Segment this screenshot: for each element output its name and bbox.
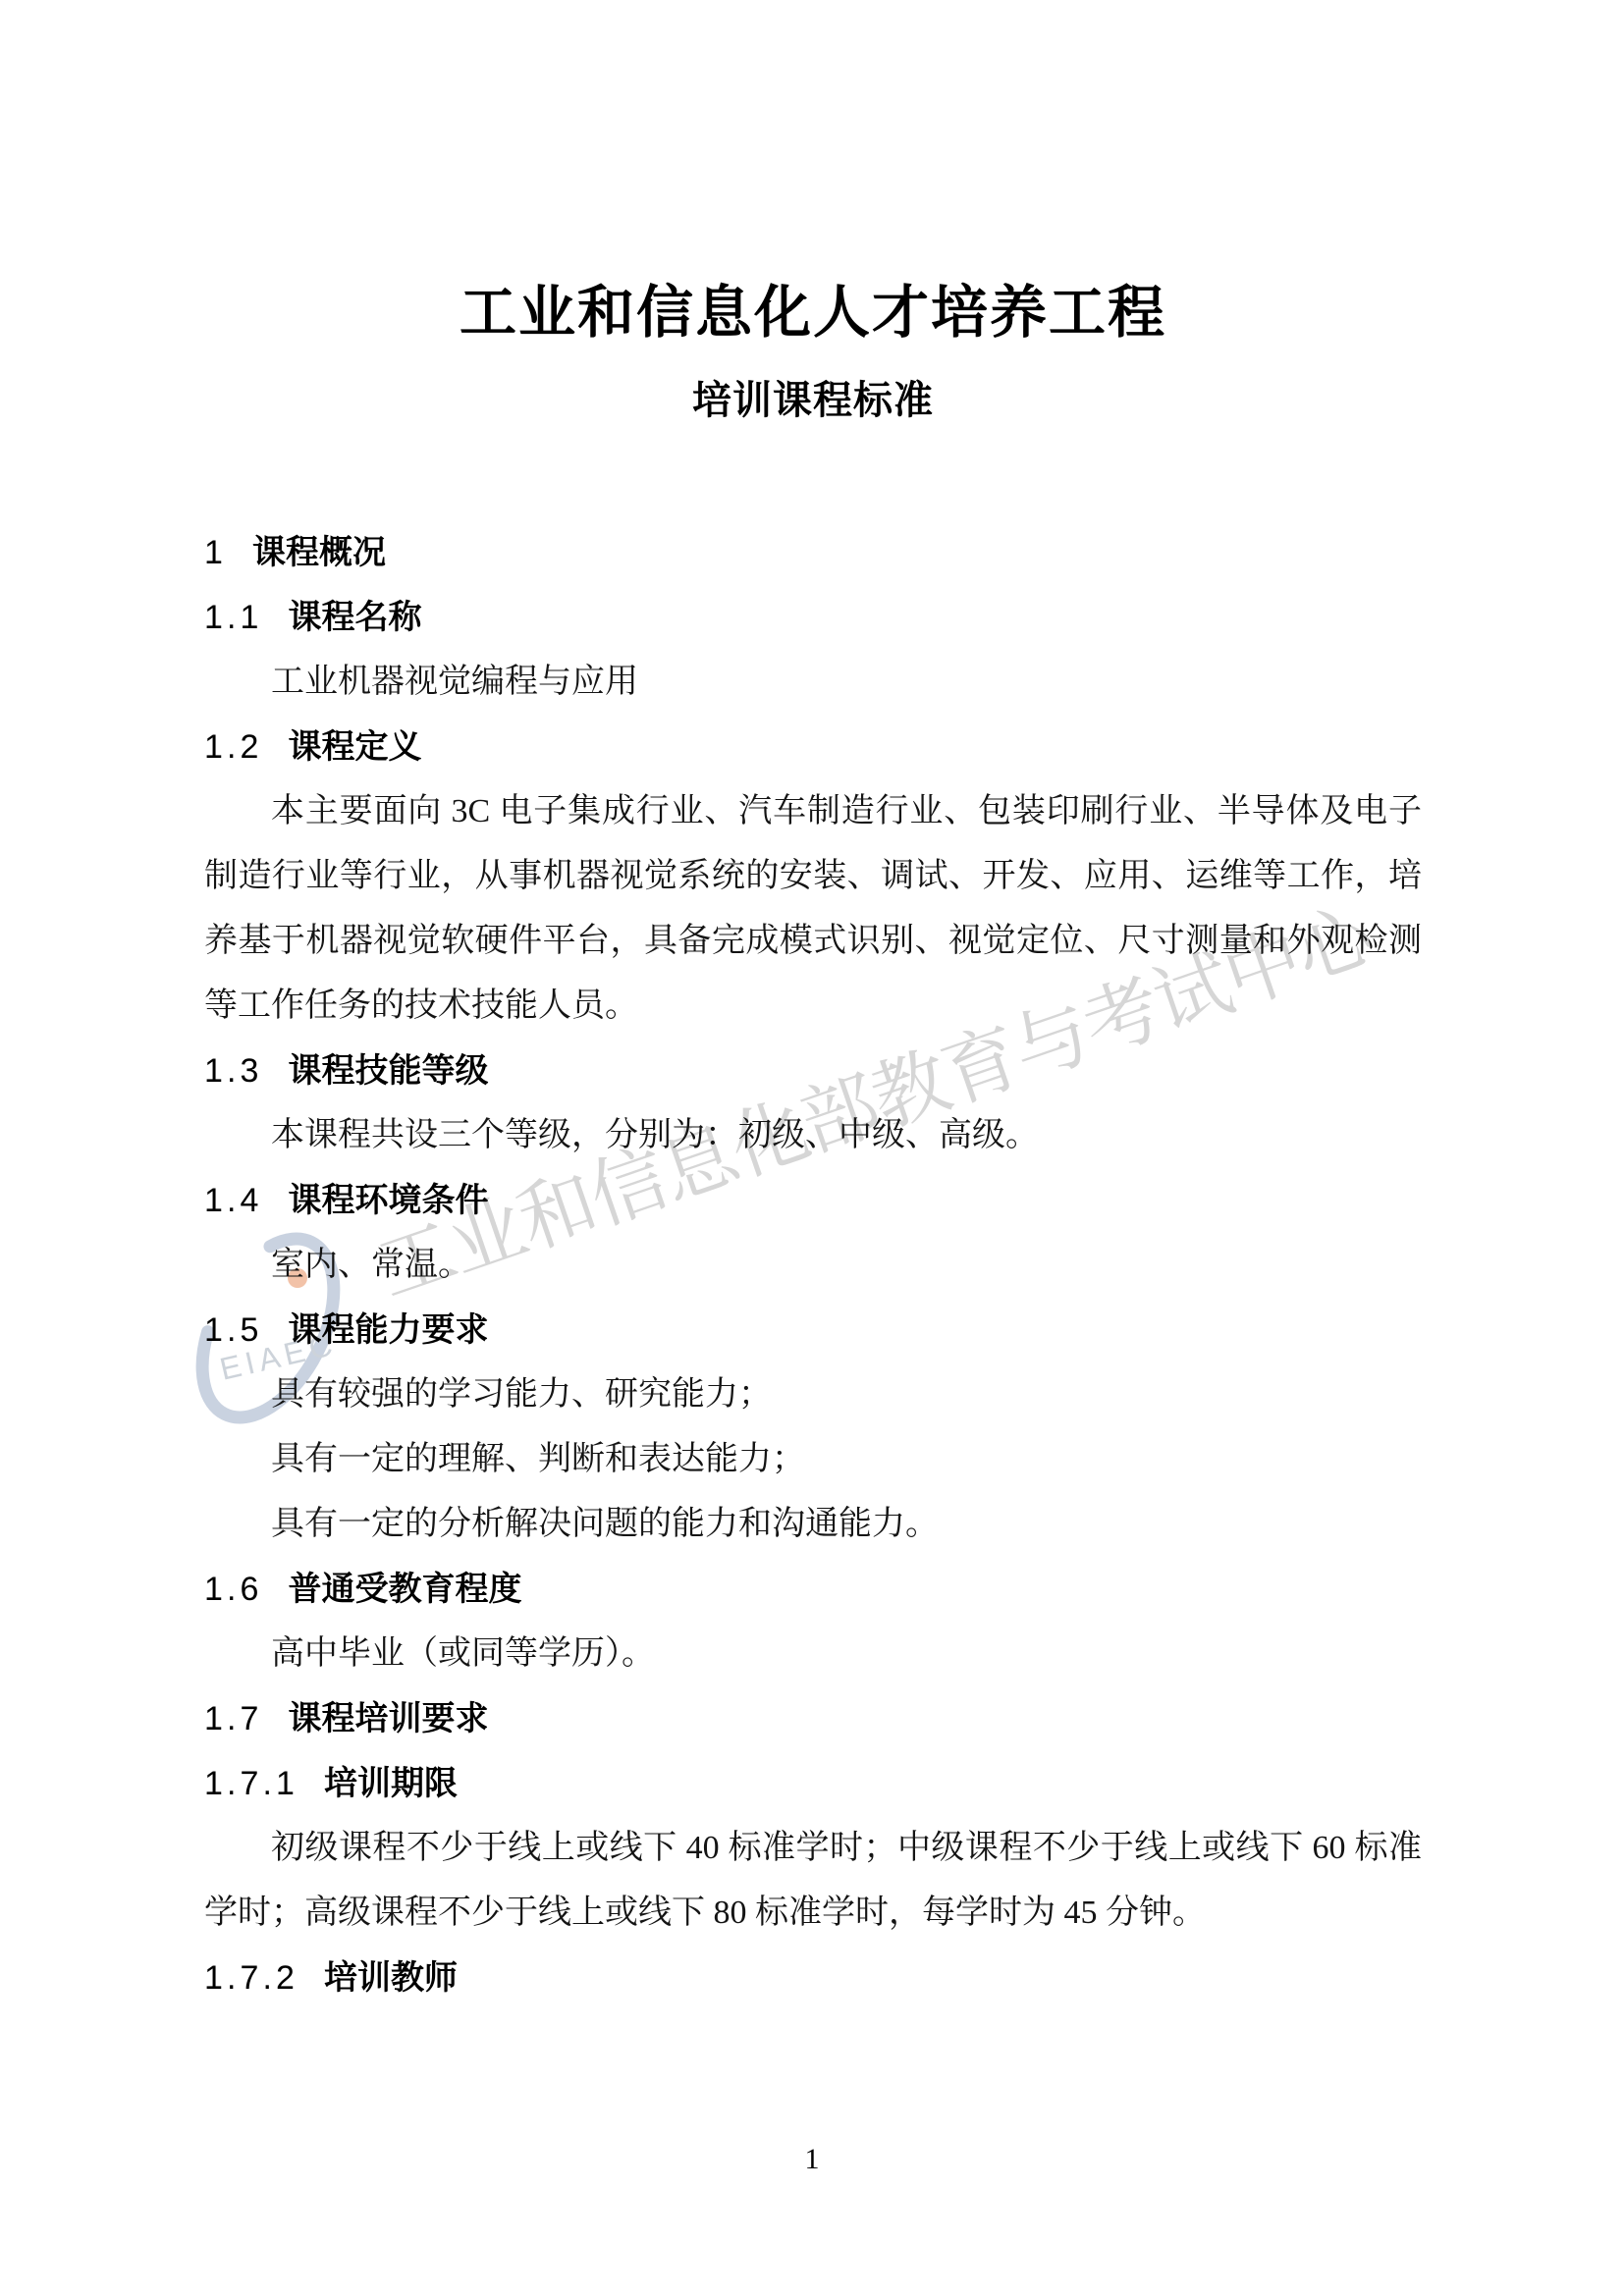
doc-heading-1: 1课程概况: [204, 520, 1422, 585]
heading-text: 课程环境条件: [289, 1182, 489, 1219]
heading-number: 1: [204, 534, 227, 571]
doc-paragraph: 本主要面向 3C 电子集成行业、汽车制造行业、包装印刷行业、半导体及电子制造行业…: [204, 779, 1422, 1039]
heading-text: 课程概况: [252, 534, 386, 571]
heading-text: 课程名称: [289, 599, 422, 636]
doc-paragraph: 初级课程不少于线上或线下 40 标准学时；中级课程不少于线上或线下 60 标准学…: [204, 1816, 1422, 1946]
heading-text: 培训教师: [324, 1959, 458, 1997]
doc-heading-1.7: 1.7课程培训要求: [204, 1686, 1422, 1751]
document-subtitle: 培训课程标准: [204, 373, 1422, 428]
heading-number: 1.2: [204, 728, 263, 766]
doc-heading-1.3: 1.3课程技能等级: [204, 1039, 1422, 1103]
doc-heading-1.7.2: 1.7.2培训教师: [204, 1946, 1422, 2010]
heading-number: 1.7: [204, 1700, 263, 1737]
heading-text: 课程定义: [289, 728, 422, 766]
doc-heading-1.4: 1.4课程环境条件: [204, 1168, 1422, 1233]
doc-paragraph: 室内、常温。: [204, 1233, 1422, 1298]
heading-text: 课程培训要求: [289, 1700, 489, 1737]
doc-heading-1.6: 1.6普通受教育程度: [204, 1557, 1422, 1622]
doc-heading-1.2: 1.2课程定义: [204, 715, 1422, 779]
heading-number: 1.7.2: [204, 1959, 298, 1997]
doc-paragraph: 高中毕业（或同等学历）。: [204, 1622, 1422, 1686]
heading-text: 课程技能等级: [289, 1052, 489, 1090]
page-number: 1: [0, 2140, 1624, 2179]
doc-paragraph: 具有一定的理解、判断和表达能力；: [204, 1427, 1422, 1492]
document-body: 1课程概况1.1课程名称工业机器视觉编程与应用1.2课程定义本主要面向 3C 电…: [204, 520, 1422, 2010]
heading-text: 普通受教育程度: [289, 1571, 522, 1608]
heading-number: 1.6: [204, 1571, 263, 1608]
document-title: 工业和信息化人才培养工程: [204, 271, 1422, 355]
doc-paragraph: 具有较强的学习能力、研究能力；: [204, 1362, 1422, 1427]
heading-number: 1.4: [204, 1182, 263, 1219]
document-layer: 工业和信息化人才培养工程 培训课程标准 1课程概况1.1课程名称工业机器视觉编程…: [0, 0, 1624, 2296]
doc-paragraph: 工业机器视觉编程与应用: [204, 650, 1422, 715]
document-page: EIAEC 工业和信息化部教育与考试中心 工业和信息化人才培养工程 培训课程标准…: [0, 0, 1624, 2296]
doc-paragraph: 本课程共设三个等级，分别为：初级、中级、高级。: [204, 1103, 1422, 1168]
heading-number: 1.7.1: [204, 1765, 298, 1802]
heading-number: 1.1: [204, 599, 263, 636]
heading-number: 1.5: [204, 1311, 263, 1349]
heading-text: 培训期限: [324, 1765, 458, 1802]
doc-heading-1.7.1: 1.7.1培训期限: [204, 1751, 1422, 1816]
doc-heading-1.1: 1.1课程名称: [204, 585, 1422, 650]
doc-heading-1.5: 1.5课程能力要求: [204, 1298, 1422, 1362]
doc-paragraph: 具有一定的分析解决问题的能力和沟通能力。: [204, 1492, 1422, 1557]
heading-number: 1.3: [204, 1052, 263, 1090]
heading-text: 课程能力要求: [289, 1311, 489, 1349]
